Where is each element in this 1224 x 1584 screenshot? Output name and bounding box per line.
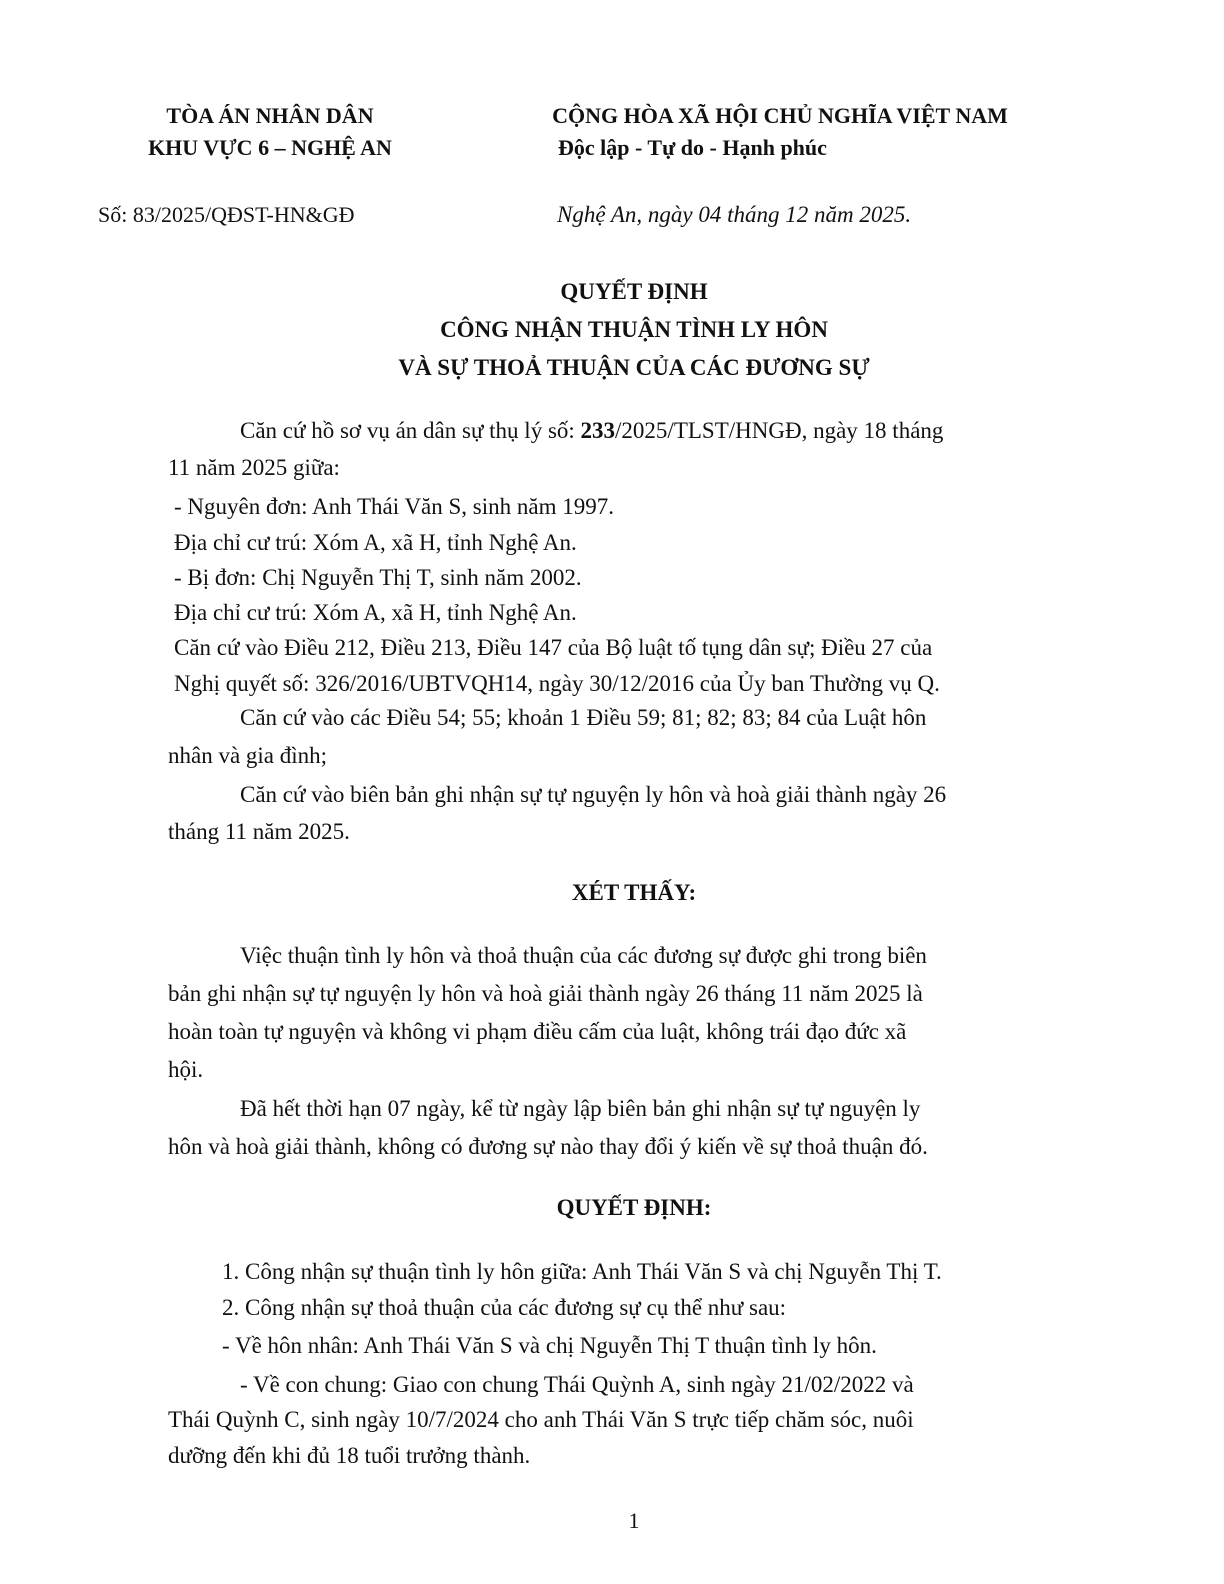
case-basis-line-2: 11 năm 2025 giữa: <box>168 455 340 481</box>
document-number: Số: 83/2025/QĐST-HN&GĐ <box>98 202 355 228</box>
decision-children-line-1: - Về con chung: Giao con chung Thái Quỳn… <box>240 1372 914 1398</box>
decision-marriage: - Về hôn nhân: Anh Thái Văn S và chị Ngu… <box>222 1333 877 1359</box>
findings-heading: XÉT THẤY: <box>0 880 1224 906</box>
title-line-2: CÔNG NHẬN THUẬN TÌNH LY HÔN <box>0 311 1224 349</box>
decision-item-1: 1. Công nhận sự thuận tình ly hôn giữa: … <box>222 1259 942 1285</box>
page-number: 1 <box>0 1508 1224 1534</box>
findings-para2-line-1: Đã hết thời hạn 07 ngày, kể từ ngày lập … <box>240 1096 920 1122</box>
record-basis-line-2: tháng 11 năm 2025. <box>168 819 350 845</box>
decision-children-line-3: dưỡng đến khi đủ 18 tuổi trưởng thành. <box>168 1443 530 1469</box>
family-law-basis-line-2: nhân và gia đình; <box>168 743 327 769</box>
title-line-1: QUYẾT ĐỊNH <box>0 273 1224 311</box>
title-line-3: VÀ SỰ THOẢ THUẬN CỦA CÁC ĐƯƠNG SỰ <box>0 349 1224 387</box>
case-basis-line-1: Căn cứ hồ sơ vụ án dân sự thụ lý số: 233… <box>240 418 943 444</box>
dateline: Nghệ An, ngày 04 tháng 12 năm 2025. <box>557 202 911 228</box>
defendant: - Bị đơn: Chị Nguyễn Thị T, sinh năm 200… <box>174 565 582 591</box>
procedure-basis-line-1: Căn cứ vào Điều 212, Điều 213, Điều 147 … <box>174 635 932 661</box>
document-title: QUYẾT ĐỊNH CÔNG NHẬN THUẬN TÌNH LY HÔN V… <box>0 273 1224 387</box>
findings-para2-line-2: hôn và hoà giải thành, không có đương sự… <box>168 1134 928 1160</box>
case-basis-suffix: /2025/TLST/HNGĐ, ngày 18 tháng <box>615 418 943 443</box>
national-name: CỘNG HÒA XÃ HỘI CHỦ NGHĨA VIỆT NAM <box>500 100 1060 132</box>
case-basis-prefix: Căn cứ hồ sơ vụ án dân sự thụ lý số: <box>240 418 581 443</box>
findings-para1-line-2: bản ghi nhận sự tự nguyện ly hôn và hoà … <box>168 981 923 1007</box>
defendant-address: Địa chỉ cư trú: Xóm A, xã H, tỉnh Nghệ A… <box>174 600 577 626</box>
plaintiff: - Nguyên đơn: Anh Thái Văn S, sinh năm 1… <box>174 494 614 520</box>
court-header: TÒA ÁN NHÂN DÂN KHU VỰC 6 – NGHỆ AN <box>100 100 440 164</box>
decision-children-line-2: Thái Quỳnh C, sinh ngày 10/7/2024 cho an… <box>168 1407 914 1433</box>
plaintiff-address: Địa chỉ cư trú: Xóm A, xã H, tỉnh Nghệ A… <box>174 530 577 556</box>
findings-para1-line-1: Việc thuận tình ly hôn và thoả thuận của… <box>240 943 927 969</box>
national-header: CỘNG HÒA XÃ HỘI CHỦ NGHĨA VIỆT NAM Độc l… <box>500 100 1060 164</box>
record-basis-line-1: Căn cứ vào biên bản ghi nhận sự tự nguyệ… <box>240 782 946 808</box>
family-law-basis-line-1: Căn cứ vào các Điều 54; 55; khoản 1 Điều… <box>240 705 926 731</box>
national-motto: Độc lập - Tự do - Hạnh phúc <box>500 132 1060 164</box>
decision-item-2: 2. Công nhận sự thoả thuận của các đương… <box>222 1295 786 1321</box>
findings-para1-line-4: hội. <box>168 1057 203 1083</box>
findings-para1-line-3: hoàn toàn tự nguyện và không vi phạm điề… <box>168 1019 906 1045</box>
procedure-basis-line-2: Nghị quyết số: 326/2016/UBTVQH14, ngày 3… <box>174 671 940 697</box>
court-name: TÒA ÁN NHÂN DÂN <box>100 100 440 132</box>
case-number: 233 <box>581 418 616 443</box>
court-region: KHU VỰC 6 – NGHỆ AN <box>100 132 440 164</box>
decision-heading: QUYẾT ĐỊNH: <box>0 1195 1224 1221</box>
